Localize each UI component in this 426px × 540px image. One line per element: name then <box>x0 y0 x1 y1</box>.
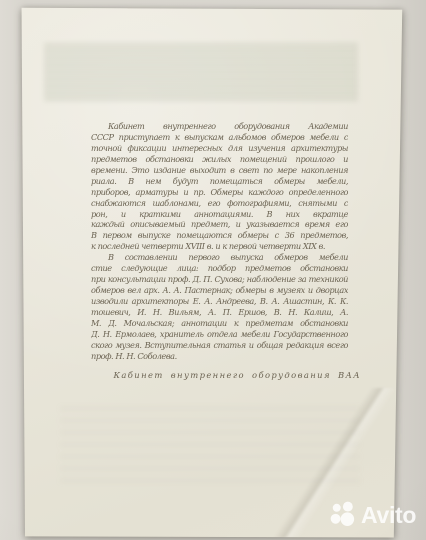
text-line: Д. Н. Ермолаев, хранитель отдела мебели … <box>91 329 348 340</box>
photo-background: { "photo": { "background_color": "#d8d5c… <box>0 0 426 540</box>
text-line: времени. Это издание выходит в свет по м… <box>91 165 348 176</box>
text-line: точной фиксации интересных для изучения … <box>91 143 348 154</box>
text-line: ского музея. Вступительная статья и обща… <box>91 340 348 351</box>
closing-signature-line: Кабинет внутреннего оборудования ВАА <box>91 370 361 380</box>
text-line: снабжаются шаблонами, его фотографиями, … <box>91 198 348 209</box>
watermark: Avito <box>329 500 416 530</box>
avito-wordmark: Avito <box>361 502 416 529</box>
text-line: тошевич, И. Н. Вильям, А. П. Ершов, В. Н… <box>91 307 348 318</box>
paper-shadow-wrap: Кабинет внутреннего оборудования Академи… <box>0 0 426 540</box>
text-line: В составлении первого выпуска обмеров ме… <box>91 252 348 263</box>
text-line: В первом выпуске помещаются обмеры с 36 … <box>91 230 348 241</box>
text-line: предметов обстановки жилых помещений про… <box>91 154 348 165</box>
text-line: приборов, арматуры и пр. Обмеры каждого … <box>91 187 348 198</box>
avito-circles-icon <box>329 501 358 530</box>
text-line: СССР приступает к выпускам альбомов обме… <box>91 132 348 143</box>
text-line: к последней четверти XVIII в. и к первой… <box>91 241 348 252</box>
paragraph: В составлении первого выпуска обмеров ме… <box>91 252 348 361</box>
text-line: стие следующие лица: подбор предметов об… <box>91 263 348 274</box>
text-line: Кабинет внутреннего оборудования Академи… <box>91 121 348 132</box>
typed-text-block: Кабинет внутреннего оборудования Академи… <box>91 121 348 362</box>
text-line: обмеров вел арх. А. А. Пастернак; обмеры… <box>91 285 348 296</box>
text-line: изводили архитекторы Е. А. Андреева, В. … <box>91 296 348 307</box>
text-line: рон, и краткими аннотациями. В них вкрат… <box>91 209 348 220</box>
text-line: М. Д. Мочальская; аннотации к предметам … <box>91 318 348 329</box>
book-page: Кабинет внутреннего оборудования Академи… <box>20 7 403 538</box>
reverse-side-show-through <box>44 43 358 101</box>
text-line: при консультации проф. Д. П. Сухова; наб… <box>91 274 348 285</box>
text-line: каждый описываемый предмет, и указываетс… <box>91 219 348 230</box>
paragraph: Кабинет внутреннего оборудования Академи… <box>91 121 348 252</box>
text-line: риала. В нем будут помещаться обмеры меб… <box>91 176 348 187</box>
text-line: проф. Н. Н. Соболева. <box>91 351 348 362</box>
